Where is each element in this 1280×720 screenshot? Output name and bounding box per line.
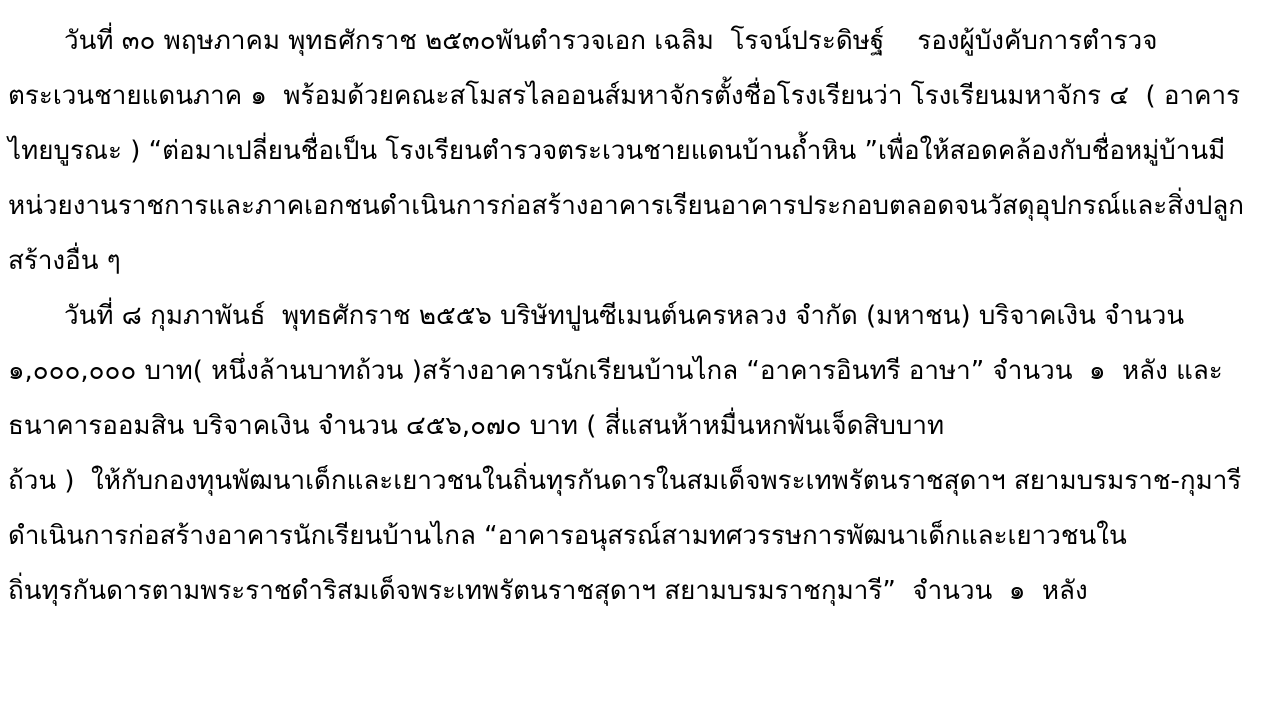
text-line: ถ้วน ) ให้กับกองทุนพัฒนาเด็กและเยาวชนในถ… bbox=[8, 454, 1272, 509]
paragraph-2: วันที่ ๘ กุมภาพันธ์ พุทธศักราช ๒๕๕๖ บริษ… bbox=[8, 289, 1272, 619]
text-line: ไทยบูรณะ ) “ต่อมาเปลี่ยนชื่อเป็น โรงเรีย… bbox=[8, 124, 1272, 179]
document-page: วันที่ ๓๐ พฤษภาคม พุทธศักราช ๒๕๓๐พันตำรว… bbox=[0, 0, 1280, 720]
text-line: ๑,๐๐๐,๐๐๐ บาท( หนึ่งล้านบาทถ้วน )สร้างอา… bbox=[8, 344, 1272, 399]
text-line: ตระเวนชายแดนภาค ๑ พร้อมด้วยคณะสโมสรไลออน… bbox=[8, 69, 1272, 124]
text-line: ดำเนินการก่อสร้างอาคารนักเรียนบ้านไกล “อ… bbox=[8, 509, 1272, 564]
text-line: สร้างอื่น ๆ bbox=[8, 234, 1272, 289]
text-line: วันที่ ๘ กุมภาพันธ์ พุทธศักราช ๒๕๕๖ บริษ… bbox=[8, 289, 1272, 344]
text-line: ถิ่นทุรกันดารตามพระราชดำริสมเด็จพระเทพรั… bbox=[8, 564, 1272, 619]
text-line: ธนาคารออมสิน บริจาคเงิน จำนวน ๔๕๖,๐๗๐ บา… bbox=[8, 399, 1272, 454]
text-line: หน่วยงานราชการและภาคเอกชนดำเนินการก่อสร้… bbox=[8, 179, 1272, 234]
paragraph-1: วันที่ ๓๐ พฤษภาคม พุทธศักราช ๒๕๓๐พันตำรว… bbox=[8, 14, 1272, 289]
text-line: วันที่ ๓๐ พฤษภาคม พุทธศักราช ๒๕๓๐พันตำรว… bbox=[8, 14, 1272, 69]
